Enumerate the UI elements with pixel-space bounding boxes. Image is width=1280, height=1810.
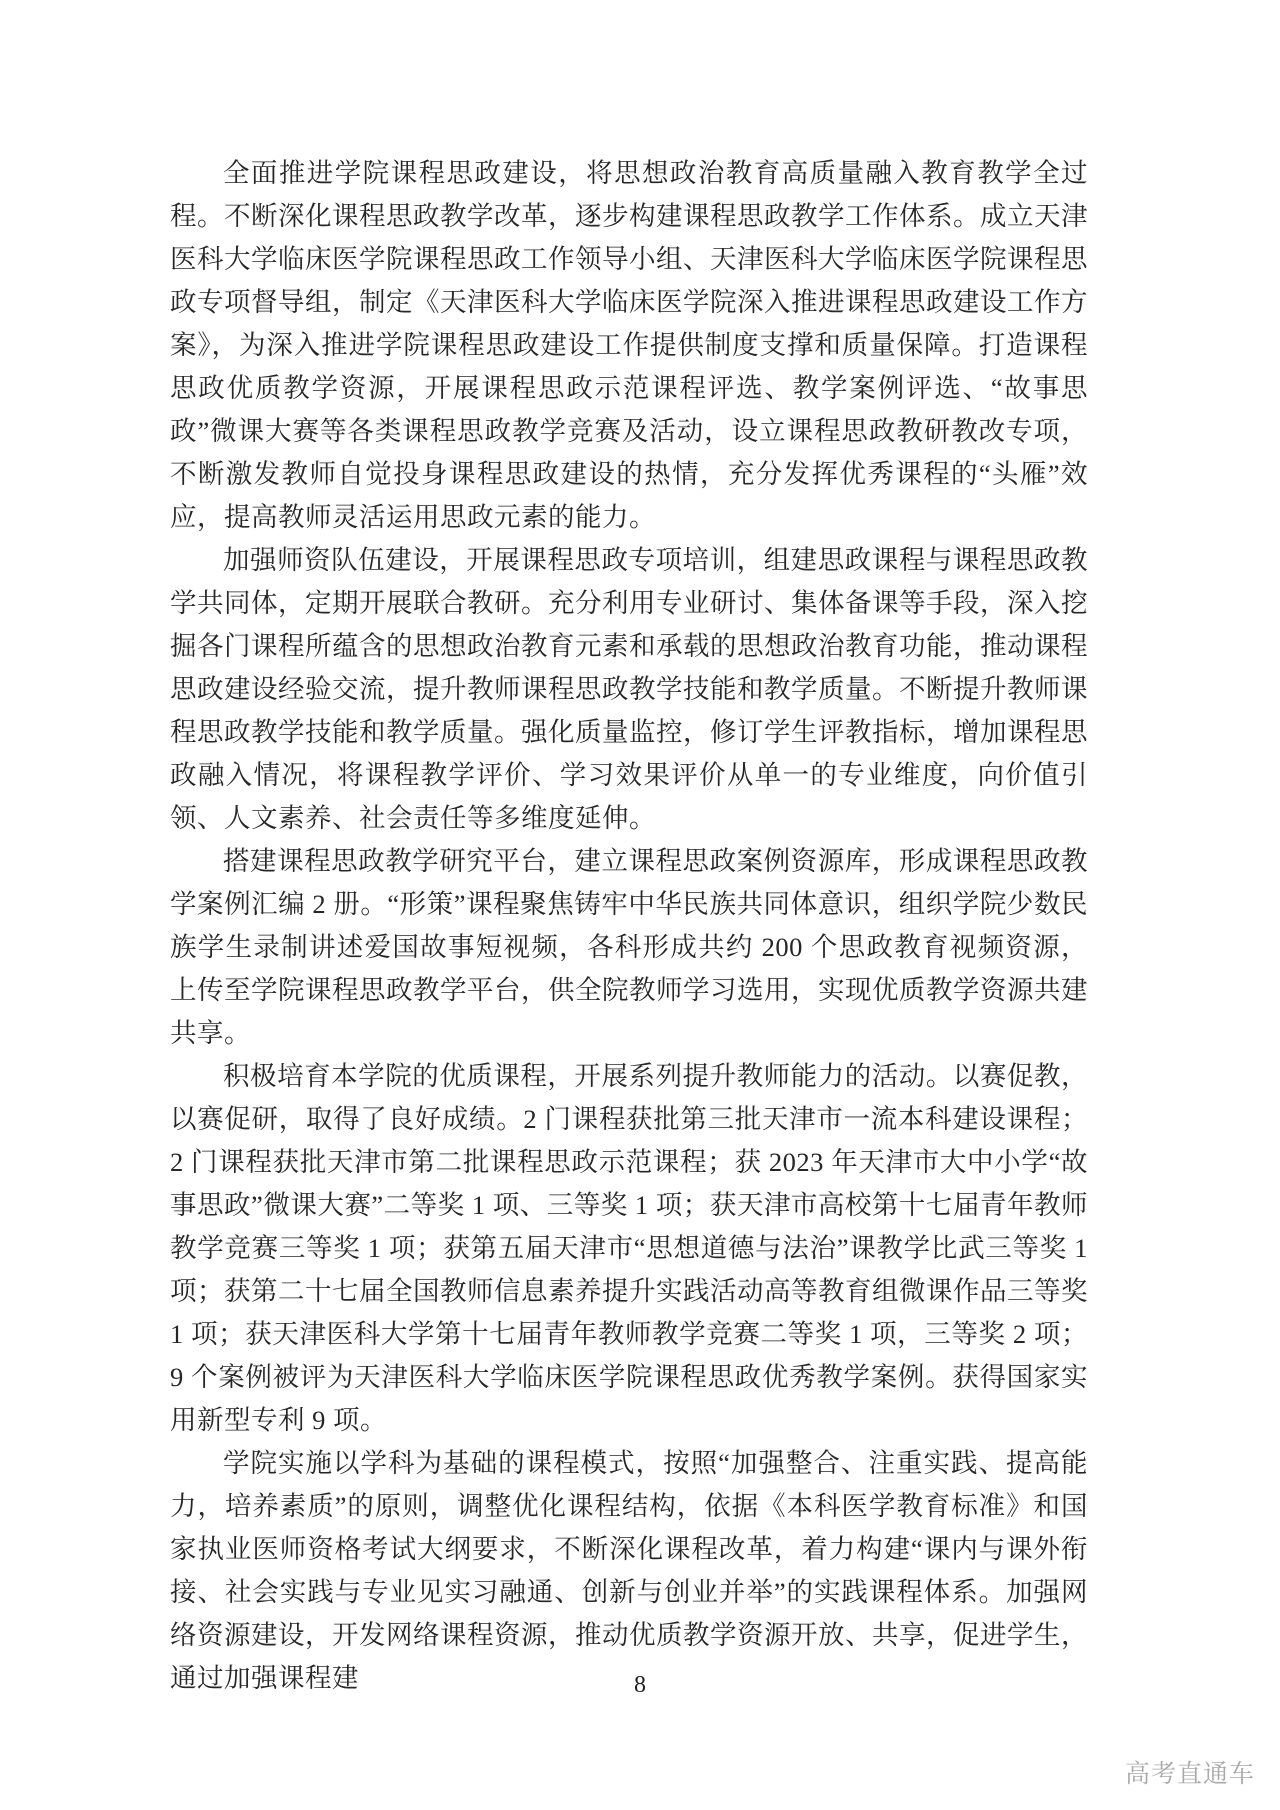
document-page: 全面推进学院课程思政建设，将思想政治教育高质量融入教育教学全过程。不断深化课程思…: [0, 0, 1280, 1810]
watermark-text: 高考直通车: [1125, 1754, 1255, 1790]
document-body: 全面推进学院课程思政建设，将思想政治教育高质量融入教育教学全过程。不断深化课程思…: [170, 152, 1088, 1700]
paragraph-quality-courses-awards: 积极培育本学院的优质课程，开展系列提升教师能力的活动。以赛促教，以赛促研，取得了…: [170, 1055, 1088, 1442]
paragraph-curriculum-ideology-construction: 全面推进学院课程思政建设，将思想政治教育高质量融入教育教学全过程。不断深化课程思…: [170, 152, 1088, 539]
page-number: 8: [0, 1672, 1280, 1699]
paragraph-teaching-research-platform: 搭建课程思政教学研究平台，建立课程思政案例资源库，形成课程思政教学案例汇编 2 …: [170, 840, 1088, 1055]
paragraph-curriculum-model-reform: 学院实施以学科为基础的课程模式，按照“加强整合、注重实践、提高能力，培养素质”的…: [170, 1442, 1088, 1700]
paragraph-teacher-team-building: 加强师资队伍建设，开展课程思政专项培训，组建思政课程与课程思政教学共同体，定期开…: [170, 539, 1088, 840]
